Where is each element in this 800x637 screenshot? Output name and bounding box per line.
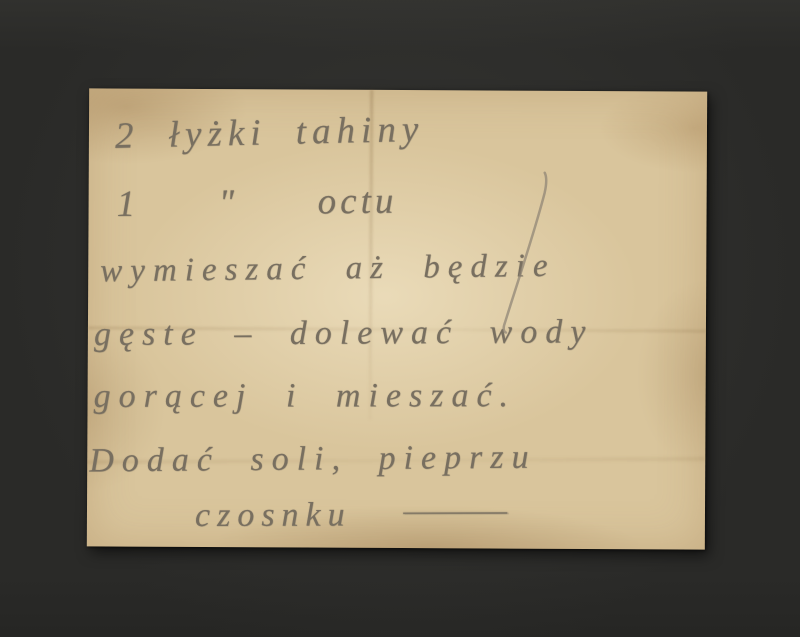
- note-line-7-text: czosnku: [195, 496, 352, 534]
- note-line-3: wymieszać aż będzie: [100, 248, 556, 291]
- note-line-6: Dodać soli, pieprzu: [89, 439, 537, 481]
- note-paper: 2 łyżki tahiny 1 " octu wymieszać aż będ…: [87, 88, 707, 549]
- photo-background: 2 łyżki tahiny 1 " octu wymieszać aż będ…: [0, 0, 800, 637]
- note-line-5: gorącej i mieszać.: [94, 377, 517, 416]
- stray-pencil-stroke: [500, 163, 561, 343]
- note-line-1: 2 łyżki tahiny: [115, 108, 425, 158]
- note-line-7: czosnku—: [195, 496, 441, 535]
- note-line-2: 1 " octu: [116, 180, 397, 226]
- pencil-dash: —: [404, 492, 531, 530]
